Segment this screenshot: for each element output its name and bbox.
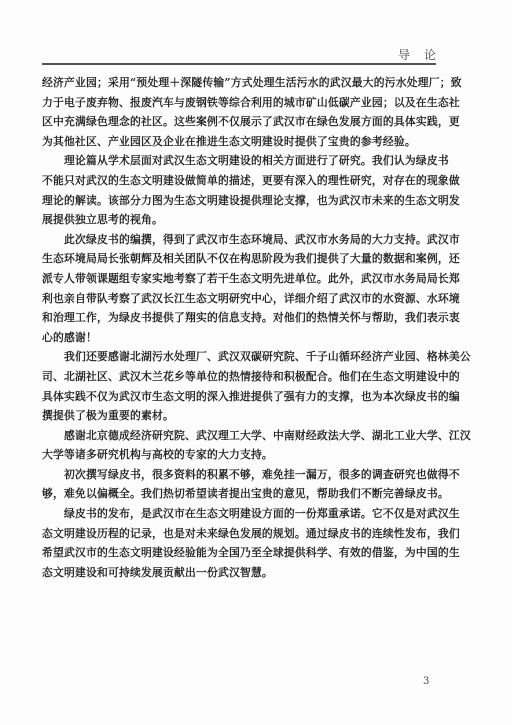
paragraph-line: 不能只对武汉的生态文明建设做简单的描述，更要有深入的理性研究，对存在的现象做 <box>42 171 436 191</box>
paragraph-line: 为其他社区、产业园区及企业在推进生态文明建设时提供了宝贵的参考经验。 <box>42 132 436 152</box>
paragraph-line: 派专人带领课题组专家实地考察了若干生态文明先进单位。此外，武汉市水务局局长郑 <box>42 269 436 289</box>
paragraph-line: 大学等诸多研究机构与高校的专家的大力支持。 <box>42 445 436 465</box>
paragraph-line: 理论篇从学术层面对武汉生态文明建设的相关方面进行了研究。我们认为绿皮书 <box>42 151 436 171</box>
paragraph-line: 理论的解读。该部分力图为生态文明建设提供理论支撑，也为武汉市未来的生态文明发 <box>42 191 436 211</box>
running-header-title: 导论 <box>398 46 450 63</box>
paragraph-line: 绿皮书的发布，是武汉市在生态文明建设方面的一份郑重承诺。它不仅是对武汉生 <box>42 504 436 524</box>
page-number: 3 <box>423 676 429 687</box>
paragraph-line: 态文明建设历程的记录，也是对未来绿色发展的规划。通过绿皮书的连续性发布，我们 <box>42 524 436 544</box>
paragraph-line: 生态环境局局长张朝辉及相关团队不仅在构思阶段为我们提供了大量的数据和案例，还 <box>42 249 436 269</box>
paragraph-line: 心的感谢！ <box>42 328 436 348</box>
paragraph-line: 区中充满绿色理念的社区。这些案例不仅展示了武汉市在绿色发展方面的具体实践，更 <box>42 112 436 132</box>
paragraph-line: 司、北湖社区、武汉木兰花乡等单位的热情接待和积极配合。他们在生态文明建设中的 <box>42 367 436 387</box>
paragraph-line: 希望武汉市的生态文明建设经验能为全国乃至全球提供科学、有效的借鉴，为中国的生 <box>42 543 436 563</box>
running-header: 导论 <box>42 46 436 62</box>
paragraph-line: 此次绿皮书的编撰，得到了武汉市生态环境局、武汉市水务局的大力支持。武汉市 <box>42 230 436 250</box>
paragraph-line: 和治理工作，为绿皮书提供了翔实的信息支持。对他们的热情关怀与帮助，我们表示衷 <box>42 308 436 328</box>
paragraph-line: 展提供独立思考的视角。 <box>42 210 436 230</box>
paragraph-line: 具体实践不仅为武汉市生态文明的深入推进提供了强有力的支撑，也为本次绿皮书的编 <box>42 387 436 407</box>
paragraph-line: 撰提供了极为重要的素材。 <box>42 406 436 426</box>
paragraph-line: 态文明建设和可持续发展贡献出一份武汉智慧。 <box>42 563 436 583</box>
paragraph-line: 经济产业园；采用“预处理＋深隧传输”方式处理生活污水的武汉最大的污水处理厂；致 <box>42 73 436 93</box>
paragraph-line: 我们还要感谢北湖污水处理厂、武汉双碳研究院、千子山循环经济产业园、格林美公 <box>42 347 436 367</box>
document-page: 导论 经济产业园；采用“预处理＋深隧传输”方式处理生活污水的武汉最大的污水处理厂… <box>0 0 512 725</box>
paragraph-line: 初次撰写绿皮书，很多资料的积累不够，难免挂一漏万，很多的调查研究也做得不 <box>42 465 436 485</box>
paragraph-line: 力于电子废弃物、报废汽车与废钢铁等综合利用的城市矿山低碳产业园；以及在生态社 <box>42 93 436 113</box>
header-rule <box>42 63 436 65</box>
paragraph-line: 利也亲自带队考察了武汉长江生态文明研究中心，详细介绍了武汉市的水资源、水环境 <box>42 289 436 309</box>
paragraph-line: 够，难免以偏概全。我们热切希望读者提出宝贵的意见，帮助我们不断完善绿皮书。 <box>42 484 436 504</box>
body-text: 经济产业园；采用“预处理＋深隧传输”方式处理生活污水的武汉最大的污水处理厂；致力… <box>42 73 436 582</box>
paragraph-line: 感谢北京德成经济研究院、武汉理工大学、中南财经政法大学、湖北工业大学、江汉 <box>42 426 436 446</box>
